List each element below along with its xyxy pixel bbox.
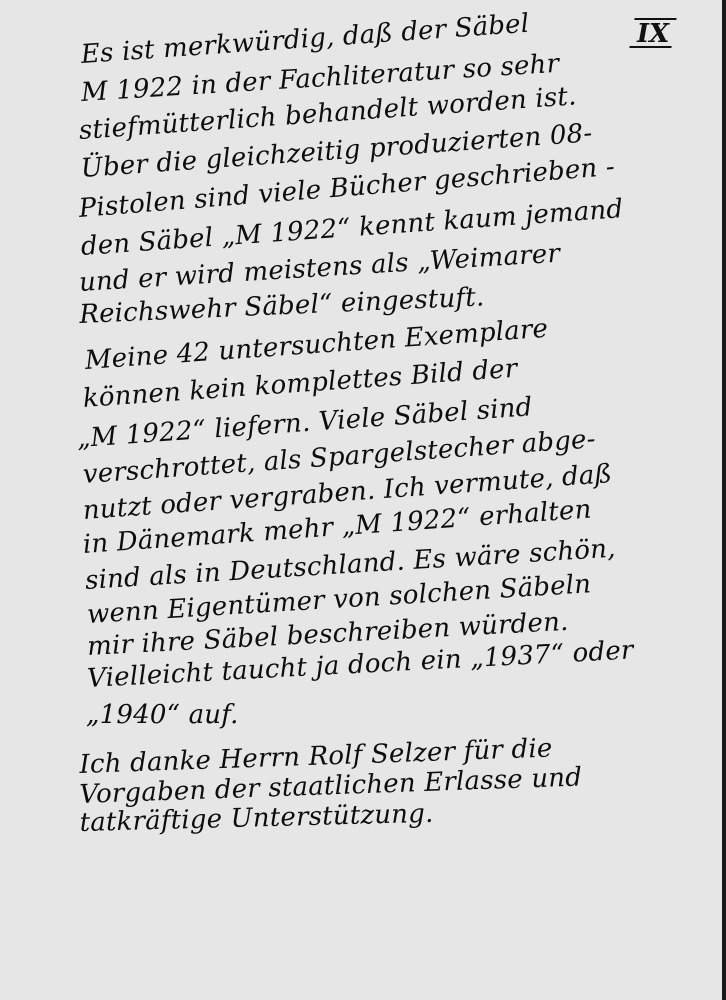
scan-edge (722, 0, 726, 1000)
handwritten-page: IX Es ist merkwürdig, daß der Säbel M 19… (0, 0, 722, 1000)
text-line: „1940“ auf. (86, 700, 239, 730)
page-number: IX (629, 18, 676, 48)
